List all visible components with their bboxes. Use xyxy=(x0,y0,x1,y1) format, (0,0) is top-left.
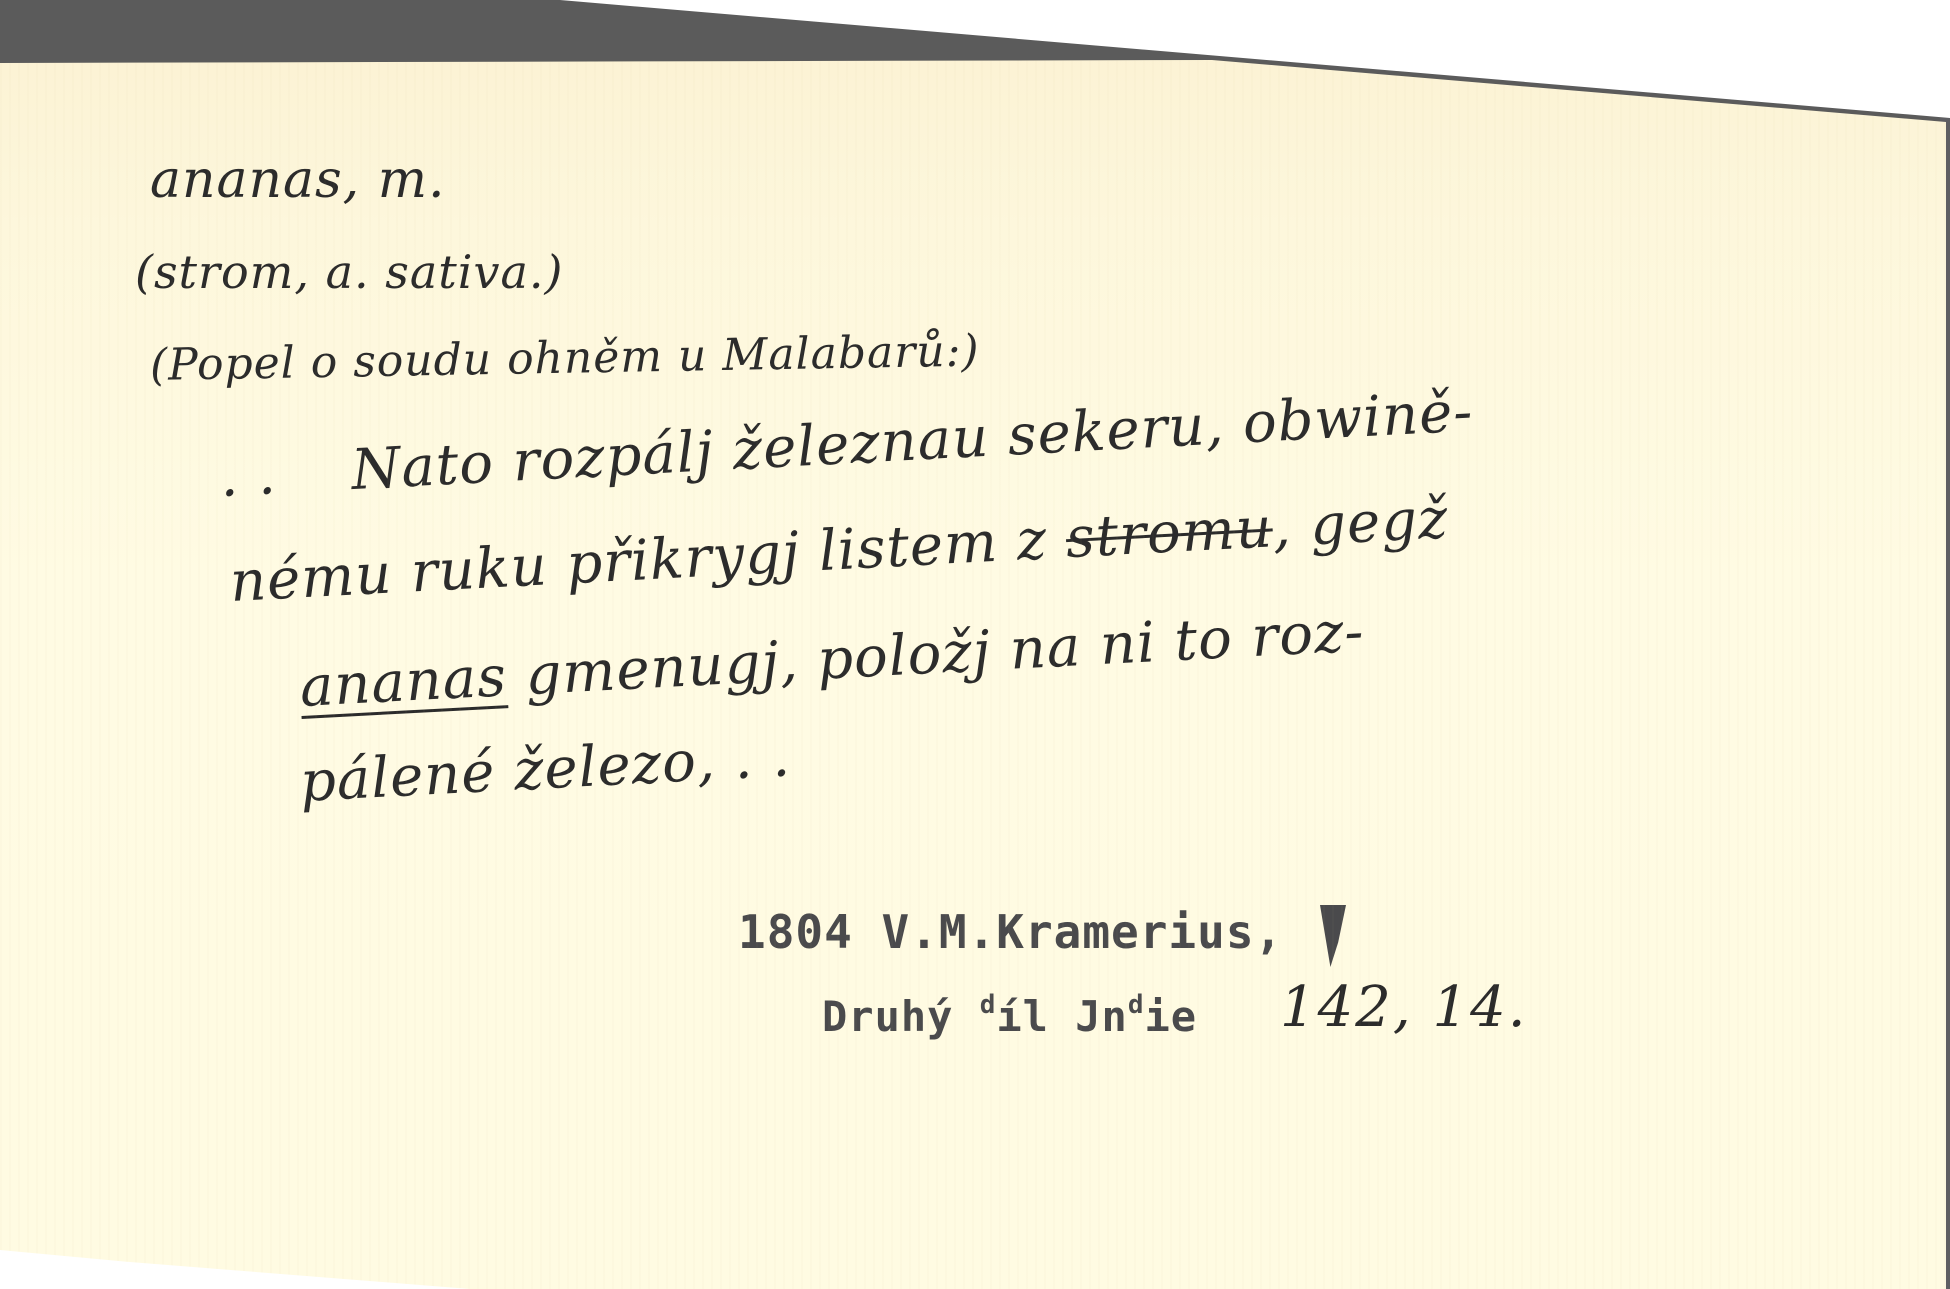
title-text: íl J xyxy=(996,992,1101,1041)
scan-stage: ananas, m. (strom, a. sativa.) (Popel o … xyxy=(0,0,1950,1289)
struck-word: stromu xyxy=(1064,495,1274,571)
ink-smudge xyxy=(1320,905,1346,967)
botanical-name: (strom, a. sativa.) xyxy=(135,245,563,299)
underlined-headword: ananas xyxy=(298,644,508,720)
source-context-note: (Popel o soudu ohněm u Malabarů:) xyxy=(150,326,980,391)
title-text: ie xyxy=(1144,992,1197,1041)
source-year: 1804 xyxy=(738,905,853,959)
title-text: n xyxy=(1102,992,1128,1041)
quotation-text: Nato rozpálj železnau sekeru, obwině- xyxy=(350,379,1475,503)
quotation-text: , gegž xyxy=(1271,486,1450,560)
source-stamp-title: Druhý díl Jndie xyxy=(822,990,1197,1041)
ellipsis-marks: . . xyxy=(218,442,278,510)
quotation-line-3: ananas gmenugj, položj na ni to roz- xyxy=(298,599,1366,720)
title-text: Druhý xyxy=(822,992,980,1041)
quotation-line-4: pálené železo, . . xyxy=(298,724,792,815)
quotation-text: pálené železo, . . xyxy=(298,724,792,815)
title-superscript: d xyxy=(980,990,997,1020)
source-author: V.M.Kramerius, xyxy=(881,905,1283,959)
dictionary-index-card: ananas, m. (strom, a. sativa.) (Popel o … xyxy=(0,0,1946,1289)
quotation-line-1: . . Nato rozpálj železnau sekeru, obwině… xyxy=(218,379,1474,510)
source-stamp-author: 1804 V.M.Kramerius, xyxy=(738,905,1283,959)
quotation-text: gmenugj, položj na ni to roz- xyxy=(505,599,1366,709)
headword: ananas, m. xyxy=(150,150,446,210)
page-reference: 142, 14. xyxy=(1280,975,1528,1040)
quotation-line-2: nému ruku přikrygj listem z stromu, gegž xyxy=(228,486,1450,615)
quotation-text: nému ruku přikrygj listem z xyxy=(228,506,1067,615)
title-superscript: d xyxy=(1128,990,1145,1020)
